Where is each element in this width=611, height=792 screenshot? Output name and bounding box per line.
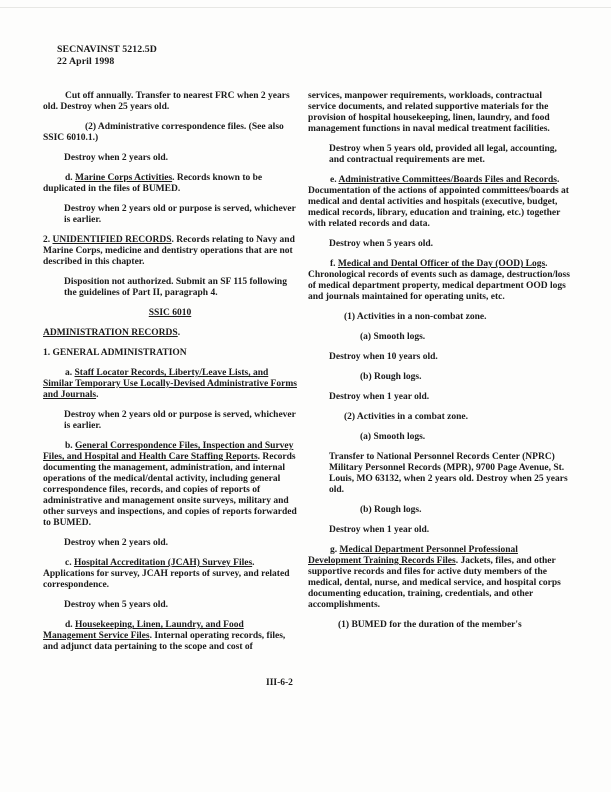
- text-run: Destroy when 2 years old.: [64, 153, 168, 163]
- paragraph: g. Medical Department Personnel Professi…: [308, 545, 570, 611]
- text-run: (a) Smooth logs.: [360, 432, 425, 442]
- text-run: (2) Administrative correspondence files.…: [43, 122, 284, 143]
- text-run: .: [178, 328, 180, 338]
- paragraph: Destroy when 2 years old or purpose is s…: [64, 204, 297, 226]
- paragraph: Cut off annually. Transfer to nearest FR…: [43, 91, 297, 113]
- underlined-text-run: Marine Corps Activities: [75, 173, 172, 183]
- paragraph: SSIC 6010: [43, 308, 297, 319]
- text-run: Destroy when 2 years old.: [64, 538, 168, 548]
- underlined-text-run: Medical and Dental Officer of the Day (O…: [338, 259, 545, 269]
- text-run: b.: [65, 441, 75, 451]
- paragraph: Destroy when 2 years old.: [64, 153, 297, 164]
- paragraph: 2. UNIDENTIFIED RECORDS. Records relatin…: [43, 235, 297, 268]
- text-run: 2.: [43, 235, 53, 245]
- paragraph: (a) Smooth logs.: [360, 432, 570, 443]
- text-run: (1) BUMED for the duration of the member…: [338, 620, 522, 630]
- document-page: SECNAVINST 5212.5D 22 April 1998 Cut off…: [0, 0, 611, 792]
- paragraph: Destroy when 5 years old, provided all l…: [329, 144, 570, 166]
- paragraph: d. Marine Corps Activities. Records know…: [43, 173, 297, 195]
- paragraph: Destroy when 5 years old.: [329, 239, 570, 250]
- text-run: services, manpower requirements, workloa…: [308, 91, 550, 134]
- paragraph: c. Hospital Accreditation (JCAH) Survey …: [43, 558, 297, 591]
- text-run: (b) Rough logs.: [360, 372, 422, 382]
- paragraph: Destroy when 10 years old.: [329, 352, 570, 363]
- text-run: (1) Activities in a non-combat zone.: [344, 312, 487, 322]
- text-run: c.: [65, 558, 74, 568]
- paragraph: Destroy when 1 year old.: [329, 525, 570, 536]
- paragraph: Disposition not authorized. Submit an SF…: [64, 277, 297, 299]
- text-run: Destroy when 2 years old or purpose is s…: [64, 410, 296, 431]
- text-run: Destroy when 2 years old or purpose is s…: [64, 204, 296, 225]
- text-run: d.: [65, 620, 75, 630]
- text-run: Disposition not authorized. Submit an SF…: [64, 277, 287, 298]
- paragraph: ADMINISTRATION RECORDS.: [43, 328, 297, 339]
- paragraph: Destroy when 2 years old or purpose is s…: [64, 410, 297, 432]
- paragraph: d. Housekeeping, Linen, Laundry, and Foo…: [43, 620, 297, 653]
- text-run: f.: [330, 259, 338, 269]
- text-run: Destroy when 1 year old.: [329, 392, 429, 402]
- underlined-text-run: UNIDENTIFIED RECORDS: [53, 235, 172, 245]
- paragraph: e. Administrative Committees/Boards File…: [308, 175, 570, 230]
- text-run: (a) Smooth logs.: [360, 332, 425, 342]
- text-run: Destroy when 5 years old.: [64, 600, 168, 610]
- text-run: d.: [65, 173, 75, 183]
- paragraph: (2) Administrative correspondence files.…: [43, 122, 297, 144]
- text-run: Destroy when 5 years old.: [329, 239, 433, 249]
- doc-id-line: SECNAVINST 5212.5D: [57, 44, 157, 56]
- text-run: Destroy when 1 year old.: [329, 525, 429, 535]
- page-header: SECNAVINST 5212.5D 22 April 1998: [57, 44, 157, 67]
- left-column: Cut off annually. Transfer to nearest FR…: [43, 91, 297, 653]
- text-run: Destroy when 5 years old, provided all l…: [329, 144, 557, 165]
- underlined-text-run: Staff Locator Records, Liberty/Leave Lis…: [43, 368, 297, 400]
- paragraph: (1) BUMED for the duration of the member…: [338, 620, 570, 631]
- paragraph: (1) Activities in a non-combat zone.: [344, 312, 570, 323]
- paragraph: (b) Rough logs.: [360, 505, 570, 516]
- paragraph: (b) Rough logs.: [360, 372, 570, 383]
- text-run: g.: [330, 545, 340, 555]
- text-run: a.: [65, 368, 75, 378]
- paragraph: Destroy when 2 years old.: [64, 538, 297, 549]
- paragraph: a. Staff Locator Records, Liberty/Leave …: [43, 368, 297, 401]
- right-column: services, manpower requirements, workloa…: [308, 91, 570, 653]
- paragraph: services, manpower requirements, workloa…: [308, 91, 570, 135]
- text-run: .: [96, 390, 98, 400]
- underlined-text-run: ADMINISTRATION RECORDS: [43, 328, 178, 338]
- paragraph: b. General Correspondence Files, Inspect…: [43, 441, 297, 529]
- underlined-text-run: Administrative Committees/Boards Files a…: [338, 175, 556, 185]
- text-run: . Records documenting the management, ad…: [43, 452, 297, 528]
- two-column-body: Cut off annually. Transfer to nearest FR…: [43, 91, 570, 653]
- underlined-text-run: Hospital Accreditation (JCAH) Survey Fil…: [74, 558, 252, 568]
- paragraph: (2) Activities in a combat zone.: [344, 412, 570, 423]
- text-run: (2) Activities in a combat zone.: [344, 412, 468, 422]
- text-run: (b) Rough logs.: [360, 505, 422, 515]
- scan-edge-artifact: [0, 7, 611, 8]
- paragraph: Destroy when 1 year old.: [329, 392, 570, 403]
- underlined-text-run: SSIC 6010: [149, 308, 192, 318]
- page-number: III-6-2: [266, 678, 293, 688]
- text-run: Destroy when 10 years old.: [329, 352, 438, 362]
- paragraph: Destroy when 5 years old.: [64, 600, 297, 611]
- text-run: 1. GENERAL ADMINISTRATION: [43, 348, 187, 358]
- paragraph: f. Medical and Dental Officer of the Day…: [308, 259, 570, 303]
- underlined-text-run: General Correspondence Files, Inspection…: [43, 441, 293, 462]
- paragraph: (a) Smooth logs.: [360, 332, 570, 343]
- paragraph: 1. GENERAL ADMINISTRATION: [43, 348, 297, 359]
- paragraph: Transfer to National Personnel Records C…: [329, 452, 570, 496]
- doc-date-line: 22 April 1998: [57, 56, 157, 68]
- text-run: Cut off annually. Transfer to nearest FR…: [43, 91, 290, 112]
- text-run: Transfer to National Personnel Records C…: [329, 452, 568, 495]
